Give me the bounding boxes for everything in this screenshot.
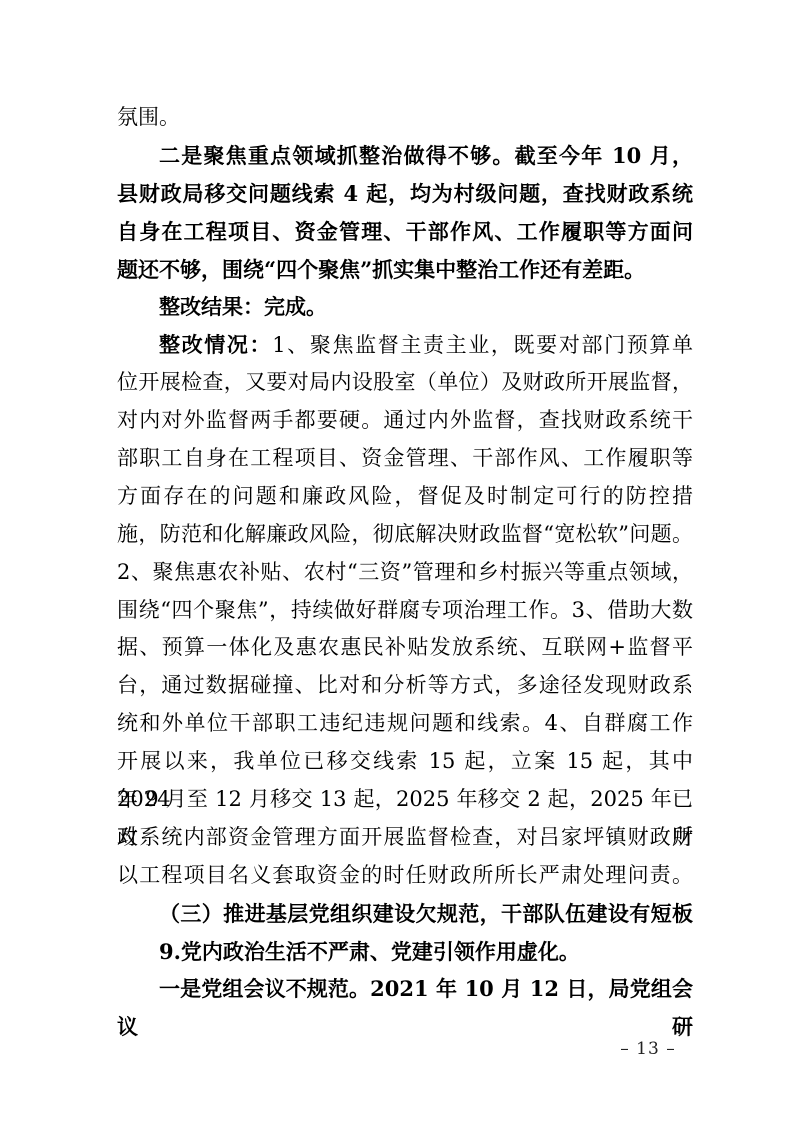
text-line: 施，防范和化解廉政风险，彻底解决财政监督“宽松软”问题。 [117,516,693,554]
text-line: 二是聚焦重点领域抓整治做得不够。截至今年 10 月， [117,137,693,175]
document-page: 氛围。 二是聚焦重点领域抓整治做得不够。截至今年 10 月， 县财政局移交问题线… [0,0,793,1122]
text-line: 自身在工程项目、资金管理、干部作风、工作履职等方面问 [117,213,693,251]
text-line: 氛围。 [117,99,693,137]
text-line: 开展以来，我单位已移交线索 15 起，立案 15 起，其中 2024 [117,743,693,781]
text-line: 部职工自身在工程项目、资金管理、干部作风、工作履职等 [117,440,693,478]
text-line: 一是党组会议不规范。2021 年 10 月 12 日，局党组会议研 [117,970,693,1008]
text-line-section-heading: （三）推进基层党组织建设欠规范，干部队伍建设有短板 [117,895,693,933]
text-line: 统和外单位干部职工违纪违规问题和线索。4、自群腐工作 [117,705,693,743]
text-line: 题还不够，围绕“四个聚焦”抓实集中整治工作还有差距。 [117,251,693,289]
text-line-situation-heading: 整改情况：1、聚焦监督主责主业，既要对部门预算单 [117,326,693,364]
text-line: 台，通过数据碰撞、比对和分析等方式，多途径发现财政系 [117,667,693,705]
text-line: 位开展检查，又要对局内设股室（单位）及财政所开展监督， [117,364,693,402]
text-line: 政系统内部资金管理方面开展监督检查，对吕家坪镇财政所 [117,819,693,857]
text-line: 县财政局移交问题线索 4 起，均为村级问题，查找财政系统 [117,175,693,213]
text-line: 2、聚焦惠农补贴、农村“三资”管理和乡村振兴等重点领域， [117,554,693,592]
text-line: 以工程项目名义套取资金的时任财政所所长严肃处理问责。 [117,857,693,895]
text-line: 围绕“四个聚焦”，持续做好群腐专项治理工作。3、借助大数 [117,592,693,630]
page-number: – 13 – [598,1038,698,1060]
line-label: 整改情况： [159,332,272,357]
line-body: 1、聚焦监督主责主业，既要对部门预算单 [272,333,693,357]
text-line-result-heading: 整改结果：完成。 [117,288,693,326]
text-line: 据、预算一体化及惠农惠民补贴发放系统、互联网+监督平 [117,629,693,667]
text-line: 对内对外监督两手都要硬。通过内外监督，查找财政系统干 [117,402,693,440]
text-line: 年 9 月至 12 月移交 13 起，2025 年移交 2 起，2025 年已对… [117,781,693,819]
text-line: 方面存在的问题和廉政风险，督促及时制定可行的防控措 [117,478,693,516]
text-line-item-heading: 9.党内政治生活不严肃、党建引领作用虚化。 [117,933,693,971]
document-text-block: 氛围。 二是聚焦重点领域抓整治做得不够。截至今年 10 月， 县财政局移交问题线… [117,99,693,1008]
